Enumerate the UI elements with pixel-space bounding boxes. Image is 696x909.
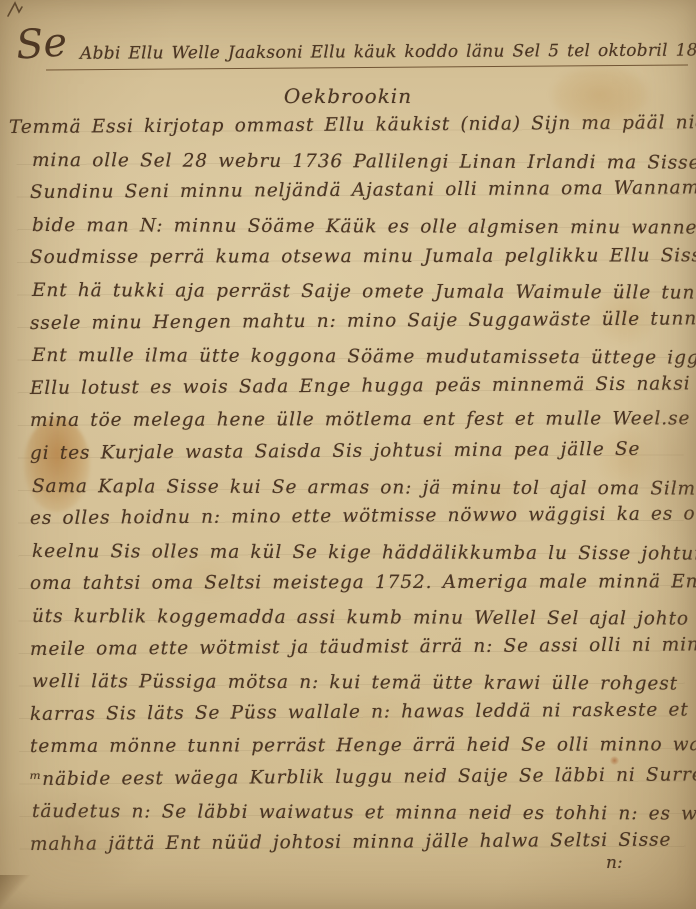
manuscript-line: oma tahtsi oma Seltsi meistega 1752. Ame… <box>30 567 690 601</box>
title-underline <box>46 64 688 70</box>
manuscript-line: Sundinu Seni minnu neljändä Ajastani oll… <box>30 173 690 210</box>
title-text: Abbi Ellu Welle Jaaksoni Ellu käuk koddo… <box>80 40 696 63</box>
manuscript-line: mina töe melega hene ülle mötlema ent fe… <box>30 404 690 438</box>
manuscript-line: karras Sis läts Se Püss wallale n: hawas… <box>30 694 690 731</box>
catchword: n: <box>606 853 623 873</box>
corner-fold <box>0 875 30 909</box>
manuscript-line: Soudmisse perrä kuma otsewa minu Jumala … <box>30 241 690 275</box>
manuscript-line: temma mönne tunni perräst Henge ärrä hei… <box>30 730 690 764</box>
manuscript-line: Temmä Essi kirjotap ommast Ellu käukist … <box>9 107 690 144</box>
manuscript-body: Temmä Essi kirjotap ommast Ellu käukist … <box>30 112 690 862</box>
title-initial: Se <box>15 22 69 65</box>
manuscript-line: meile oma ette wötmist ja täudmist ärrä … <box>30 629 690 666</box>
manuscript-line: Ellu lotust es wois Sada Enge hugga peäs… <box>30 368 690 405</box>
document-title: Se Abbi Ellu Welle Jaaksoni Ellu käuk ko… <box>16 24 692 64</box>
manuscript-line: ssele minu Hengen mahtu n: mino Saije Su… <box>30 303 690 340</box>
manuscript-line: es olles hoidnu n: mino ette wötmisse nö… <box>30 499 690 536</box>
manuscript-page: Se Abbi Ellu Welle Jaaksoni Ellu käuk ko… <box>0 0 696 909</box>
manuscript-line: gi tes Kurjale wasta Saisda Sis johtusi … <box>30 433 690 470</box>
subtitle: Oekbrookin <box>0 84 696 108</box>
corner-pen-mark <box>6 1 28 19</box>
manuscript-line: ᵐnäbide eest wäega Kurblik luggu neid Sa… <box>30 759 690 796</box>
manuscript-line: mahha jättä Ent nüüd johtosi minna jälle… <box>30 824 690 861</box>
